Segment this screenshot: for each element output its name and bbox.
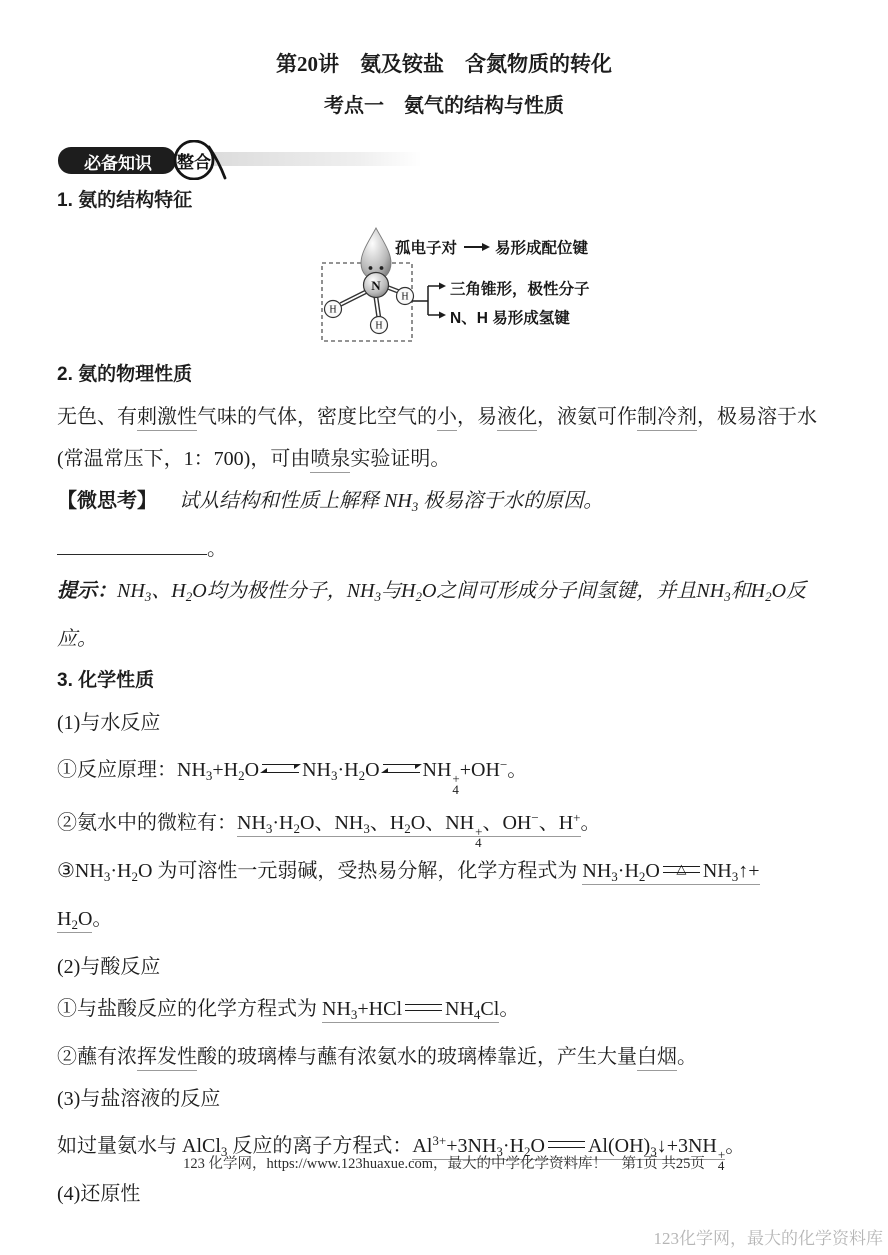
lone-pair-annotation: 孤电子对 易形成配位键 bbox=[395, 236, 588, 258]
text-run: ·H bbox=[618, 860, 639, 882]
micro-think-line: 【微思考】试从结构和性质上解释 NH3 极易溶于水的原因。 bbox=[57, 480, 831, 528]
answer-blank-line: 。 bbox=[57, 528, 831, 570]
superscript: − bbox=[531, 810, 538, 825]
text-run: 白烟 bbox=[637, 1046, 677, 1071]
lone-pair-result-text: 易形成配位键 bbox=[495, 236, 588, 258]
text-run: ①反应原理： bbox=[57, 759, 177, 781]
text-run: NH3·H2O、NH3、H2O、NH+4、OH−、H+ bbox=[237, 812, 581, 837]
text-run: 和H bbox=[731, 580, 765, 602]
hydrogen-label: H bbox=[375, 321, 382, 332]
micro-think-question: 试从结构和性质上解释 NH3 极易溶于水的原因。 bbox=[179, 490, 603, 512]
branch-bracket bbox=[412, 286, 439, 315]
micro-think-label: 【微思考】 bbox=[57, 490, 157, 512]
text-run: 刺激性 bbox=[137, 406, 197, 431]
text-run: O bbox=[245, 759, 259, 781]
physical-properties-text: 无色、有刺激性气味的气体，密度比空气的小，易液化，液氨可作制冷剂，极易溶于水(常… bbox=[57, 396, 831, 480]
text-run: 、OH bbox=[482, 812, 531, 834]
text-run: 。 bbox=[507, 759, 527, 781]
watermark: 123化学网，最大的化学资料库 bbox=[654, 1224, 884, 1249]
document-page: 第20讲 氨及铵盐 含氮物质的转化 考点一 氨气的结构与性质 必备知识 整合 1… bbox=[0, 50, 888, 1215]
badge-left-label: 必备知识 bbox=[70, 149, 166, 174]
text-run: O均为极性分子，NH bbox=[192, 580, 374, 602]
text-run: NH bbox=[445, 998, 474, 1020]
text-run: NH bbox=[703, 860, 732, 882]
hint-text: NH3、H2O均为极性分子，NH3与H2O之间可形成分子间氢键，并且NH3和H2… bbox=[57, 580, 806, 650]
text-run: 。 bbox=[581, 812, 601, 834]
text-run: NH3+HClNH4Cl bbox=[322, 998, 499, 1023]
ammonia-particles: ②氨水中的微粒有：NH3·H2O、NH3、H2O、NH+4、OH−、H+。 bbox=[57, 797, 831, 850]
nh3-structure-diagram: N H H H 孤电子对 易形成配位键 三角锥形，极性分子 bbox=[319, 222, 831, 354]
text-run: 无色、有 bbox=[57, 406, 137, 428]
right-arrow-icon bbox=[464, 246, 488, 248]
text-run: 喷泉 bbox=[310, 448, 350, 473]
text-run: +H bbox=[212, 759, 238, 781]
white-smoke-line: ②蘸有浓挥发性酸的玻璃棒与蘸有浓氨水的玻璃棒靠近，产生大量白烟。 bbox=[57, 1036, 831, 1078]
text-run: NH bbox=[322, 998, 351, 1020]
text-run: O之间可形成分子间氢键，并且NH bbox=[422, 580, 724, 602]
text-run: 小 bbox=[437, 406, 457, 431]
hbond-annotation: N、H 易形成氢键 bbox=[450, 306, 570, 328]
text-run: +OH bbox=[460, 759, 500, 781]
text-run: 挥发性 bbox=[137, 1046, 197, 1071]
heading-structure: 1. 氨的结构特征 bbox=[57, 180, 831, 222]
text-run: NH bbox=[237, 812, 266, 834]
lone-pair-text: 孤电子对 bbox=[395, 236, 457, 258]
text-run: 气味的气体，密度比空气的 bbox=[197, 406, 437, 428]
water-reaction-principle: ①反应原理：NH3+H2ONH3·H2ONH+4+OH−。 bbox=[57, 744, 831, 797]
shape-annotation: 三角锥形，极性分子 bbox=[450, 277, 590, 299]
section-subtitle: 考点一 氨气的结构与性质 bbox=[57, 92, 831, 120]
subsection-water: (1)与水反应 bbox=[57, 702, 831, 744]
text-run: 制冷剂 bbox=[637, 406, 697, 431]
text-run: O bbox=[78, 908, 92, 930]
equals-sign bbox=[548, 1141, 585, 1148]
text-run: ·H bbox=[337, 759, 358, 781]
text-run: ，液氨可作 bbox=[537, 406, 637, 428]
heading-physical: 2. 氨的物理性质 bbox=[57, 354, 831, 396]
text-run: 、H bbox=[151, 580, 185, 602]
text-run: O 为可溶性一元弱碱，受热易分解，化学方程式为 bbox=[138, 860, 582, 882]
equilibrium-sign bbox=[383, 764, 420, 773]
text-run: ，易 bbox=[457, 406, 497, 428]
text-run: 。 bbox=[92, 908, 112, 930]
decomposition-line1: ③NH3·H2O 为可溶性一元弱碱，受热易分解，化学方程式为 NH3·H2O△N… bbox=[57, 850, 831, 898]
text-run: NH bbox=[177, 759, 206, 781]
text-run: 与H bbox=[381, 580, 415, 602]
lone-pair-dot bbox=[380, 266, 384, 270]
text-run: 试从结构和性质上解释 NH bbox=[179, 490, 412, 512]
text-run: NH bbox=[582, 860, 611, 882]
text-run: ①与盐酸反应的化学方程式为 bbox=[57, 998, 322, 1020]
equilibrium-sign bbox=[262, 764, 299, 773]
text-run: 液化 bbox=[497, 406, 537, 431]
text-run: ·H bbox=[272, 812, 293, 834]
text-run: NH bbox=[423, 759, 452, 781]
hydrogen-label: H bbox=[401, 292, 408, 303]
charge-stack: +4 bbox=[452, 773, 459, 795]
text-run: O bbox=[645, 860, 659, 882]
badge-right-label: 整合 bbox=[173, 148, 215, 173]
text-run: 、H bbox=[539, 812, 573, 834]
blank-period: 。 bbox=[207, 538, 227, 560]
badge-shadow-bar bbox=[212, 152, 422, 166]
text-run: ↑+ bbox=[738, 860, 759, 882]
text-run: 。 bbox=[677, 1046, 697, 1068]
fill-in-blank bbox=[57, 534, 207, 555]
hint-paragraph: 提示：NH3、H2O均为极性分子，NH3与H2O之间可形成分子间氢键，并且NH3… bbox=[57, 570, 831, 660]
text-run: ·H bbox=[110, 860, 131, 882]
text-run: O、NH bbox=[300, 812, 363, 834]
text-run: ②蘸有浓 bbox=[57, 1046, 137, 1068]
hydrogen-label: H bbox=[329, 305, 336, 316]
text-run: NH bbox=[117, 580, 145, 602]
bracket-arrowhead bbox=[439, 283, 446, 290]
subsection-acid: (2)与酸反应 bbox=[57, 946, 831, 988]
text-run: O bbox=[365, 759, 379, 781]
hint-label: 提示： bbox=[57, 580, 117, 602]
text-run: 实验证明。 bbox=[350, 448, 450, 470]
decomposition-line2: H2O。 bbox=[57, 898, 831, 946]
text-run: O、NH bbox=[411, 812, 474, 834]
text-run: 。 bbox=[499, 998, 519, 1020]
text-run: Cl bbox=[480, 998, 499, 1020]
bracket-arrowhead bbox=[439, 312, 446, 319]
text-run: 、H bbox=[370, 812, 404, 834]
nitrogen-label: N bbox=[371, 278, 381, 293]
text-run: H2O bbox=[57, 908, 92, 933]
text-run: 酸的玻璃棒与蘸有浓氨水的玻璃棒靠近，产生大量 bbox=[197, 1046, 637, 1068]
delta-symbol: △ bbox=[676, 848, 686, 890]
text-run: NH3·H2O△NH3↑+ bbox=[582, 860, 759, 885]
delta-equals-sign: △ bbox=[663, 866, 700, 873]
subsection-salt: (3)与盐溶液的反应 bbox=[57, 1078, 831, 1120]
text-run: ③NH bbox=[57, 860, 104, 882]
text-run: NH bbox=[302, 759, 331, 781]
text-run: 极易溶于水的原因。 bbox=[418, 490, 603, 512]
heading-chemical: 3. 化学性质 bbox=[57, 660, 831, 702]
hcl-reaction: ①与盐酸反应的化学方程式为 NH3+HClNH4Cl。 bbox=[57, 988, 831, 1036]
page-title: 第20讲 氨及铵盐 含氮物质的转化 bbox=[57, 50, 831, 78]
superscript: + bbox=[573, 810, 580, 825]
page-footer: 123 化学网，https://www.123huaxue.com，最大的中学化… bbox=[0, 1152, 888, 1173]
lone-pair-dot bbox=[369, 266, 373, 270]
subsection-reducibility: (4)还原性 bbox=[57, 1173, 831, 1215]
equals-sign bbox=[405, 1004, 442, 1011]
knowledge-badge: 必备知识 整合 bbox=[57, 140, 831, 180]
superscript: 3+ bbox=[432, 1133, 446, 1148]
text-run: H bbox=[57, 908, 71, 930]
text-run: +HCl bbox=[357, 998, 402, 1020]
text-run: ②氨水中的微粒有： bbox=[57, 812, 237, 834]
